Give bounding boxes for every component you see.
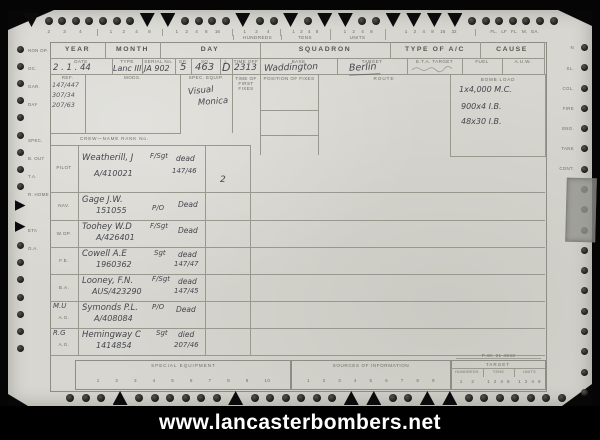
punch-notch (317, 13, 332, 27)
sq-cell: SQ. 463 (191, 58, 221, 75)
crew-role-cell: A.G. R.G (50, 328, 79, 355)
mods-label: MODS. (85, 75, 180, 80)
crew-row-wop: W.OP. Toohey W.D F/Sgt Dead A/426401 (50, 220, 545, 248)
punch-dot (17, 132, 24, 139)
eta-target-label: E.T.A. TARGET (407, 59, 462, 64)
punch-dot (496, 394, 504, 402)
margin-label-fire: FIRE (548, 106, 574, 111)
crew-col-divider (205, 192, 206, 220)
crew-name: Cowell A.E (82, 249, 127, 259)
month-header: MONTH (105, 46, 160, 53)
punch-dot (536, 17, 544, 25)
eta-target-cell: E.T.A. TARGET (407, 58, 463, 75)
crew-ref: 207/46 (174, 341, 199, 349)
base-cell: BASE Waddington (260, 58, 338, 75)
header-cell-cause: CAUSE (480, 42, 545, 59)
header-cell-day: DAY (160, 42, 261, 59)
punch-dot (581, 287, 588, 294)
crew-rank: F/Sgt (150, 152, 168, 160)
punch-dot (304, 17, 312, 25)
crew-role-handwritten: R.G (53, 329, 66, 337)
punch-dot (58, 17, 66, 25)
punch-dot (99, 17, 107, 25)
punch-dot (195, 17, 203, 25)
corner-wedge-top-right (558, 10, 592, 26)
crew-row-ba: B.A. Looney, F.N. F/Sgt dead AUS/423290 … (50, 274, 545, 302)
punch-notch (113, 391, 128, 405)
crew-rank: Sgt (154, 249, 166, 257)
punch-notch (366, 391, 381, 405)
punch-dot (181, 17, 189, 25)
date-value: 2 . 1 . 44 (53, 63, 91, 73)
punch-dot (17, 328, 24, 335)
target-hundreds-numbers: 1 2 (451, 379, 483, 384)
crew-col-divider (250, 301, 251, 328)
tape-patch (565, 178, 597, 243)
punch-dot (17, 149, 24, 156)
punch-dot (313, 394, 321, 402)
punch-dot (17, 80, 24, 87)
target-tens-label: TENS (483, 370, 514, 374)
margin-label-cont: CONT. (548, 166, 574, 171)
punch-dot (270, 17, 278, 25)
crew-fate: Dead (178, 200, 198, 209)
punch-dot (495, 17, 503, 25)
bomb-load-line-2: 900x4 I.B. (461, 102, 502, 111)
auw-label: A.U.W. (502, 59, 544, 64)
ref-line-3: 207/63 (52, 101, 75, 109)
target-units-cell: UNITS (514, 368, 545, 377)
crew-col-divider (205, 328, 206, 355)
hundreds-label: HUNDREDS (233, 35, 282, 40)
crew-ref: 147/45 (174, 287, 199, 295)
punch-dot (182, 394, 190, 402)
punch-notch (427, 13, 442, 27)
punch-dot (251, 394, 259, 402)
form-print-code: P.40. 21-4843 (456, 353, 541, 359)
crew-role-label: A.G. (50, 342, 78, 347)
crew-ref: 147/46 (172, 167, 197, 175)
margin-label-eng: ENG. (548, 126, 574, 131)
punch-dot (17, 242, 24, 249)
sq-value: 463 (195, 62, 214, 73)
punch-dot (581, 308, 588, 315)
punch-dot (113, 17, 121, 25)
fixes-divider-1 (260, 110, 318, 111)
punch-dot (135, 394, 143, 402)
crew-role-cell: F.E. (50, 247, 79, 274)
crew-number: 151055 (96, 206, 127, 215)
crew-role-cell: W.OP. (50, 220, 79, 247)
punch-dot (151, 394, 159, 402)
crew-row-nav: NAV. Gage J.W. P/O Dead 151055 (50, 192, 545, 221)
punch-notch (338, 13, 353, 27)
punch-dot (581, 369, 588, 376)
punch-dot (166, 394, 174, 402)
punch-dot (17, 311, 24, 318)
punch-dot (581, 389, 588, 396)
crew-name: Weatherill, J (82, 153, 133, 163)
units-label: UNITS (330, 35, 386, 40)
serial-cell: SERIAL No. JA 902 (142, 58, 176, 75)
day-header: DAY (160, 46, 260, 53)
punch-dot (97, 394, 105, 402)
punch-dot (509, 17, 517, 25)
mods-cell: MODS. (85, 74, 181, 134)
time-of-fixes-label: TIME OF FIRST FIXES (233, 76, 259, 91)
year-header: YEAR (50, 46, 105, 53)
crew-rank: P/O (152, 204, 164, 212)
punch-notch (15, 200, 26, 211)
crew-role-cell: B.A. (50, 274, 79, 301)
margin-label-spec: SPEC. (28, 138, 43, 143)
margin-label-gar: GAR. (28, 84, 40, 89)
punch-dot (511, 394, 519, 402)
punch-dot (404, 394, 412, 402)
route-label: ROUTE (318, 76, 450, 81)
squadron-header: SQUADRON (260, 46, 390, 53)
bomb-load-label: BOMB LOAD (451, 77, 545, 82)
punch-dot (480, 394, 488, 402)
punch-dot (297, 394, 305, 402)
target-box-label: TARGET (451, 362, 545, 367)
punch-row-top (24, 13, 558, 30)
punch-notch (406, 13, 421, 27)
punch-dot (82, 394, 90, 402)
punch-dot (266, 394, 274, 402)
crew-name: Toohey W.D (82, 222, 132, 232)
crew-number: 1414854 (96, 341, 132, 350)
crew-col-divider (250, 328, 251, 355)
sources-of-information-numbers: 1 2 3 4 5 6 7 8 9 (291, 378, 451, 383)
punch-dot (581, 125, 588, 132)
cause-header: CAUSE (480, 46, 544, 53)
punch-dot (17, 294, 24, 301)
punch-dot (581, 64, 588, 71)
punch-dot (17, 166, 24, 173)
punch-notch (228, 391, 243, 405)
type-value: Lanc III (113, 64, 141, 73)
crew-col-divider (205, 274, 206, 301)
punch-dot (85, 17, 93, 25)
punch-dot (213, 394, 221, 402)
spec-equip-line-1: Visual (188, 85, 214, 98)
crew-role-label: A.G. (50, 315, 78, 320)
crew-number: A/426401 (96, 233, 135, 242)
punch-dot (17, 46, 24, 53)
bomb-load-line-1: 1x4,000 M.C. (459, 85, 512, 94)
crew-role-cell: PILOT (50, 145, 79, 192)
punch-dot (256, 17, 264, 25)
crew-role-label: NAV. (50, 203, 78, 208)
date-cell: DATE 2 . 1 . 44 (50, 58, 113, 75)
crew-col-divider (205, 220, 206, 247)
time-off-value: 2313 (234, 63, 257, 73)
crew-role-label: PILOT (50, 165, 78, 170)
punch-dot (222, 17, 230, 25)
punch-dot (581, 166, 588, 173)
punch-notch (140, 13, 155, 27)
type-cell: TYPE Lanc III (112, 58, 143, 75)
crew-fate: died (178, 330, 194, 339)
crew-name: Looney, F.N. (82, 276, 133, 286)
crew-col-divider (205, 145, 206, 192)
record-card: 2 3 4 1 2 4 8 1 2 4 8 16 1 2 4 1 2 4 8 1… (8, 10, 592, 406)
punch-dot (558, 394, 566, 402)
punch-dot (550, 17, 558, 25)
website-banner: www.lancasterbombers.net (0, 406, 600, 440)
tens-label: TENS (280, 35, 331, 40)
punch-dot (581, 145, 588, 152)
punch-dot (17, 114, 24, 121)
punch-dot (17, 276, 24, 283)
target-tens-cell: TENS (483, 368, 515, 377)
punch-dot (17, 259, 24, 266)
punch-dot (66, 394, 74, 402)
code-group-cause-codes: FL. LF FL. M. EA. (475, 29, 553, 36)
spec-equip-cell: SPEC. EQUIP. Visual Monica (180, 74, 233, 133)
crew-header-text: CREW—NAME RANK No. (80, 136, 149, 141)
base-value: Waddington (264, 62, 318, 74)
letter-value: D (222, 61, 230, 74)
punch-notch (447, 13, 462, 27)
crew-col-divider (205, 301, 206, 328)
punch-dot (482, 17, 490, 25)
serial-value: JA 902 (144, 64, 170, 73)
eta-target-pencil-scribble (411, 65, 453, 73)
crew-role-label: F.E. (50, 258, 78, 263)
header-cell-type-of-ac: TYPE OF A/C (390, 42, 481, 59)
target-tens-numbers: 1 2 4 8 (483, 379, 514, 384)
crew-row-rear-gunner: A.G. R.G Hemingway C Sgt died 1414854 20… (50, 328, 545, 356)
crew-role-label: B.A. (50, 285, 78, 290)
margin-label-col: COL. (548, 86, 574, 91)
crew-fate: Dead (178, 226, 198, 235)
punch-notch (344, 391, 359, 405)
punch-dot (45, 17, 53, 25)
code-group-year: 2 3 4 (32, 29, 97, 36)
crew-rank: P/O (152, 303, 164, 311)
margin-label-oa: O.A. (28, 246, 38, 251)
punch-dot (197, 394, 205, 402)
sources-of-information-box: SOURCES OF INFORMATION 1 2 3 4 5 6 7 8 9 (290, 360, 452, 390)
crew-number: A/408084 (94, 314, 133, 323)
crew-ref: 147/47 (174, 260, 199, 268)
crew-col-divider (250, 145, 251, 192)
ref-line-1: 147/447 (52, 81, 79, 89)
corner-wedge-bottom-left (8, 394, 28, 406)
header-cell-year: YEAR (50, 42, 106, 59)
margin-label-n: N (548, 45, 574, 50)
margin-label-sl: SL. (548, 66, 574, 71)
punch-notch (283, 13, 298, 27)
punch-dot (581, 267, 588, 274)
fuel-label: FUEL (462, 59, 502, 64)
ref-line-2: 307/34 (52, 91, 75, 99)
punch-notch (24, 13, 39, 27)
crew-table: CREW—NAME RANK No. 2 PILOT Weatherill, J… (50, 133, 545, 355)
crew-row-mu-gunner: A.G. M.U Symonds P.L. P/O Dead A/408084 (50, 301, 545, 329)
margin-label-eta: ETA (28, 228, 37, 233)
gp-value: 5 (180, 62, 186, 73)
crew-rank: F/Sgt (152, 275, 170, 283)
margin-label-non-op: NON OP. (28, 48, 48, 53)
punch-dot (208, 17, 216, 25)
punch-dot (581, 348, 588, 355)
spec-equip-line-2: Monica (198, 96, 229, 108)
punch-row-bottom (66, 390, 566, 405)
ref-label: REF. (50, 75, 85, 80)
special-equipment-numbers: 1 2 3 4 5 6 7 8 9 10 (76, 378, 291, 383)
crew-role-cell: NAV. (50, 192, 79, 220)
special-equipment-label: SPECIAL EQUIPMENT (76, 363, 291, 368)
punch-dot (372, 17, 380, 25)
punch-notch (235, 13, 250, 27)
margin-label-ta: T.A. (28, 174, 37, 179)
punch-column-left (14, 46, 26, 352)
crew-fate: dead (178, 277, 197, 286)
target-units-numbers: 1 2 4 8 (514, 379, 545, 384)
code-group-month: 1 2 4 8 (97, 29, 162, 36)
punch-dot (581, 44, 588, 51)
punch-dot (17, 345, 24, 352)
punch-notch (420, 391, 435, 405)
crew-name: Gage J.W. (82, 195, 123, 205)
target-hundreds-label: HUNDREDS (451, 370, 483, 374)
crew-col-divider (250, 220, 251, 247)
crew-fate: dead (176, 154, 195, 163)
crew-role-cell: A.G. M.U (50, 301, 79, 328)
punch-notch (386, 13, 401, 27)
type-of-ac-header: TYPE OF A/C (390, 46, 480, 53)
fuel-cell: FUEL (462, 58, 503, 75)
crew-name: Hemingway C (82, 330, 141, 340)
position-of-fixes-label: POSITION OF FIXES (260, 76, 318, 81)
website-url-text: www.lancasterbombers.net (159, 411, 441, 435)
punch-dot (17, 63, 24, 70)
punch-dot (581, 105, 588, 112)
crew-role-handwritten: M.U (53, 302, 66, 310)
punch-dot (522, 17, 530, 25)
crew-role-label: W.OP. (50, 231, 78, 236)
header-cell-squadron: SQUADRON (260, 42, 391, 59)
margin-label-tank: TANK (548, 146, 574, 151)
crew-number: 1960362 (96, 260, 132, 269)
punch-dot (465, 394, 473, 402)
crew-row-fe: F.E. Cowell A.E Sgt dead 1960362 147/47 (50, 247, 545, 275)
auw-cell: A.U.W. (502, 58, 545, 75)
margin-label-r-home: R. HOME (28, 192, 49, 197)
punch-dot (468, 17, 476, 25)
crew-col-divider (205, 247, 206, 274)
special-equipment-box: SPECIAL EQUIPMENT 1 2 3 4 5 6 7 8 9 10 (75, 360, 292, 390)
code-group-day: 1 2 4 8 16 (162, 29, 232, 36)
punch-dot (527, 394, 535, 402)
punch-dot (17, 183, 24, 190)
punch-dot (72, 17, 80, 25)
crew-name: Symonds P.L. (82, 303, 138, 313)
target-cell: TARGET Berlin (337, 58, 408, 75)
punch-dot (581, 328, 588, 335)
crew-col-divider (250, 192, 251, 220)
sources-of-information-label: SOURCES OF INFORMATION (291, 363, 451, 368)
punch-dot (126, 17, 134, 25)
punch-dot (282, 394, 290, 402)
spec-equip-label: SPEC. EQUIP. (180, 75, 232, 80)
crew-fate: Dead (176, 305, 196, 314)
punch-dot (581, 247, 588, 254)
margin-label-b-out: B. OUT (28, 156, 44, 161)
target-box: TARGET HUNDREDS TENS UNITS 1 2 1 2 4 8 1… (450, 360, 546, 390)
punch-notch (15, 221, 26, 232)
time-off-cell: TIME OFF 2313 (232, 58, 261, 75)
ref-cell: REF. 147/447 307/34 207/63 (50, 74, 86, 134)
crew-rank: F/Sgt (150, 222, 168, 230)
scanned-photo: 2 3 4 1 2 4 8 1 2 4 8 16 1 2 4 1 2 4 8 1… (0, 0, 600, 440)
code-group-squadron-letter: 1 2 4 8 16 32 (385, 29, 475, 36)
margin-label-day: DAY (28, 102, 38, 107)
crew-fate: dead (178, 250, 197, 259)
crew-col-divider (250, 247, 251, 274)
punch-notch (442, 391, 457, 405)
target-units-label: UNITS (514, 370, 545, 374)
punch-dot (17, 97, 24, 104)
crew-row-pilot: PILOT Weatherill, J F/Sgt dead A/410021 … (50, 145, 545, 193)
crew-col-divider (250, 274, 251, 301)
crew-rank: Sgt (156, 329, 168, 337)
margin-label-oc: OC. (28, 66, 37, 71)
punch-dot (389, 394, 397, 402)
crew-number: AUS/423290 (92, 287, 142, 296)
crew-number: A/410021 (94, 169, 133, 178)
punch-dot (542, 394, 550, 402)
bomb-load-line-3: 48x30 I.B. (461, 117, 502, 126)
punch-dot (358, 17, 366, 25)
punch-dot (581, 85, 588, 92)
target-hundreds-cell: HUNDREDS (451, 368, 484, 377)
punch-notch (160, 13, 175, 27)
punch-dot (328, 394, 336, 402)
header-cell-month: MONTH (105, 42, 161, 59)
gp-cell: GP. 5 (175, 58, 192, 75)
